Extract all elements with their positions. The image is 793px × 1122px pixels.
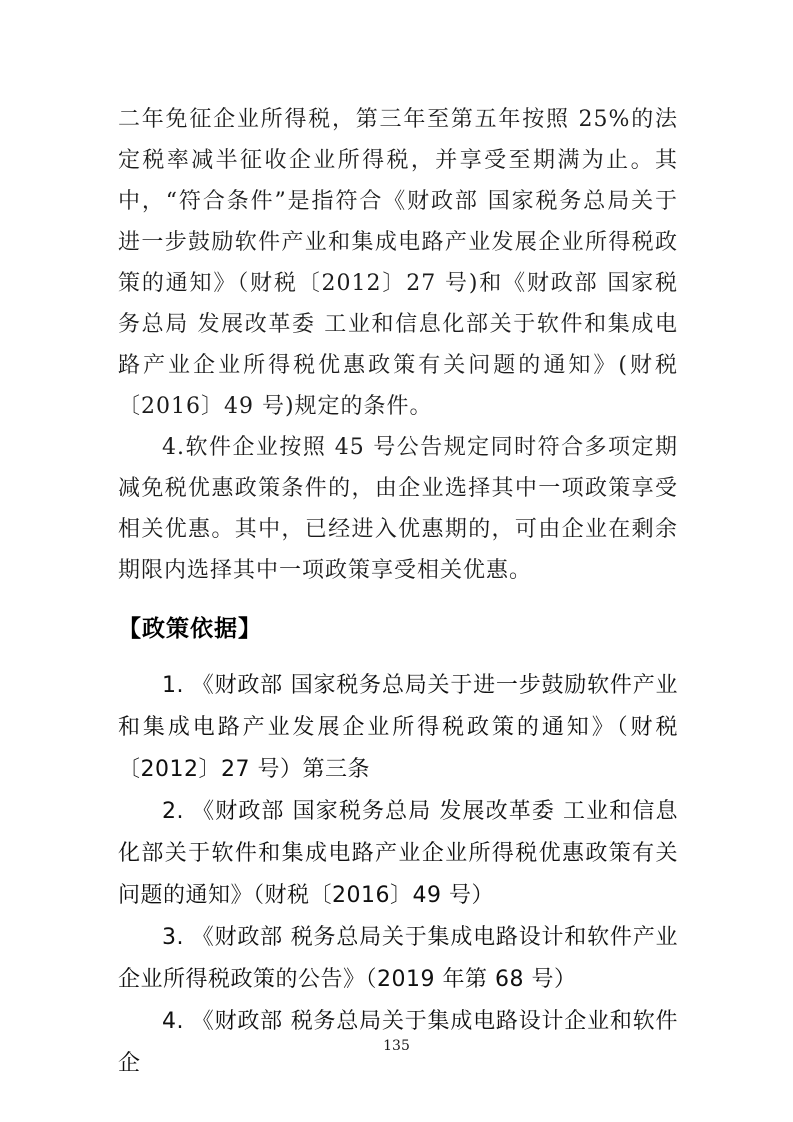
page-content: 二年免征企业所得税，第三年至第五年按照 25%的法定税率减半征收企业所得税，并享…: [118, 99, 678, 1085]
page-number: 135: [0, 1038, 793, 1054]
body-paragraph-continuation: 二年免征企业所得税，第三年至第五年按照 25%的法定税率减半征收企业所得税，并享…: [118, 99, 678, 427]
body-paragraph-item-4: 4.软件企业按照 45 号公告规定同时符合多项定期减免税优惠政策条件的，由企业选…: [118, 427, 678, 591]
policy-item-1: 1. 《财政部 国家税务总局关于进一步鼓励软件产业和集成电路产业发展企业所得税政…: [118, 665, 678, 791]
policy-item-3: 3. 《财政部 税务总局关于集成电路设计和软件产业企业所得税政策的公告》（201…: [118, 917, 678, 1001]
policy-item-2: 2. 《财政部 国家税务总局 发展改革委 工业和信息化部关于软件和集成电路产业企…: [118, 791, 678, 917]
document-page: 二年免征企业所得税，第三年至第五年按照 25%的法定税率减半征收企业所得税，并享…: [0, 0, 793, 1122]
policy-basis-heading: 【政策依据】: [118, 608, 678, 649]
